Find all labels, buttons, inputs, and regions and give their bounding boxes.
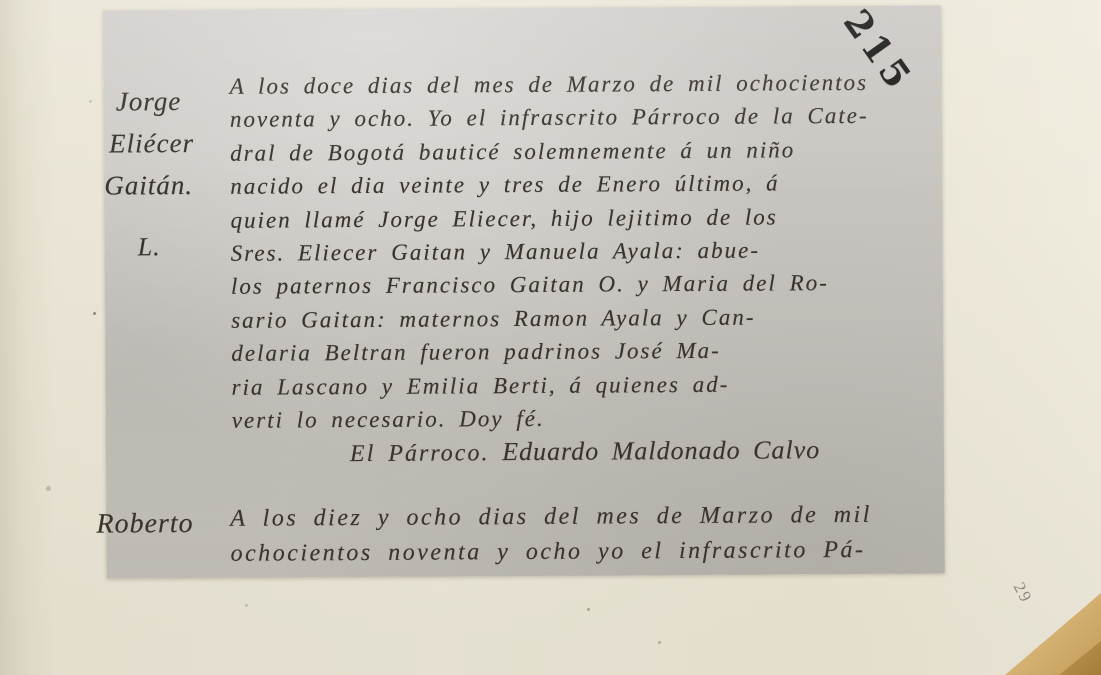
record-line: ria Lascano y Emilia Berti, á quienes ad…	[231, 366, 937, 404]
record-line: A los diez y ocho dias del mes de Marzo …	[230, 497, 950, 536]
record-line: los paternos Francisco Gaitan O. y Maria…	[231, 266, 937, 304]
record-line: quien llamé Jorge Eliecer, hijo lejitimo…	[230, 199, 936, 237]
baptism-record-photostat: 215 Jorge Eliécer Gaitán. L. Roberto A l…	[103, 5, 944, 578]
baptism-record-text: A los doce dias del mes de Marzo de mil …	[230, 65, 938, 470]
record-line: dral de Bogotá bauticé solemnemente á un…	[230, 132, 936, 170]
priest-signature: Eduardo Maldonado Calvo	[502, 435, 820, 466]
record-line: sario Gaitan: maternos Ramon Ayala y Can…	[231, 299, 937, 337]
record-line: ochocientos noventa y ocho yo el infrasc…	[230, 532, 950, 571]
album-page: 215 Jorge Eliécer Gaitán. L. Roberto A l…	[0, 0, 1101, 675]
record-line: nacido el dia veinte y tres de Enero últ…	[230, 166, 936, 204]
margin-initial: L.	[138, 232, 161, 262]
margin-name-line-2: Eliécer	[109, 128, 194, 160]
margin-name-line-3: Gaitán.	[104, 170, 193, 202]
record-line: Sres. Eliecer Gaitan y Manuela Ayala: ab…	[231, 232, 937, 270]
closing-line: El Párroco. Eduardo Maldonado Calvo	[232, 433, 938, 471]
pencil-archive-number: 29	[1009, 579, 1037, 607]
record-line: delaria Beltran fueron padrinos José Ma-	[231, 333, 937, 371]
paper-specks	[93, 312, 96, 315]
record-line: A los doce dias del mes de Marzo de mil …	[230, 65, 936, 103]
closing-prefix: El Párroco.	[350, 441, 490, 468]
record-line: noventa y ocho. Yo el infrascrito Párroc…	[230, 99, 936, 137]
second-record-text: A los diez y ocho dias del mes de Marzo …	[230, 497, 950, 571]
margin-name-line-1: Jorge	[116, 86, 182, 117]
record-line: verti lo necesario. Doy fé.	[232, 399, 938, 437]
margin-second-entry-name: Roberto	[96, 508, 193, 541]
